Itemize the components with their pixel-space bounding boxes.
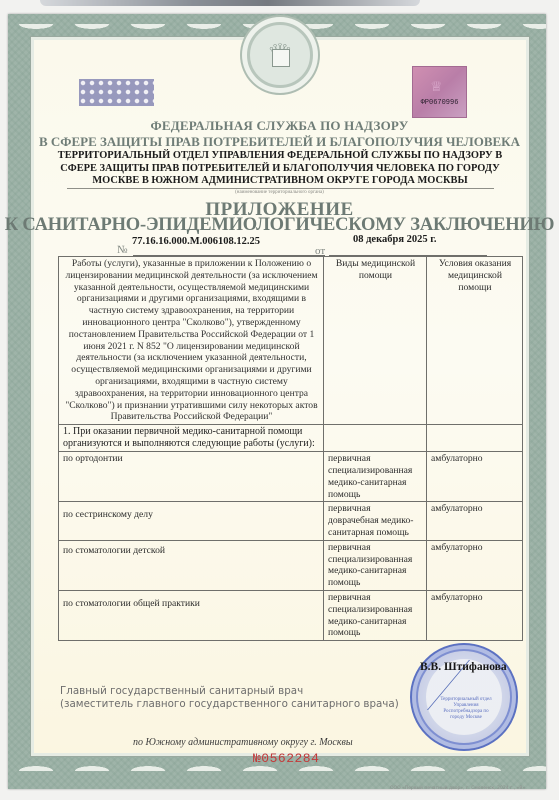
header-conditions: Условия оказания медицинской помощи [427,257,523,425]
care-type-cell: первичная доврачебная медико-санитарная … [324,502,427,540]
signatory-position: Главный государственный санитарный врач … [60,685,399,711]
agency-name-line1: ФЕДЕРАЛЬНАЯ СЛУЖБА ПО НАДЗОРУ [0,118,559,134]
scan-edge [40,0,420,6]
district-label: по Южному административному округу г. Мо… [133,737,353,748]
hologram-eagle-icon: ♕ [431,75,442,97]
conditions-cell: амбулаторно [427,590,523,640]
services-table: Работы (услуги), указанные в приложении … [58,256,523,641]
work-cell: по ортодонтии [59,452,324,502]
table-row: по ортодонтии первичная специализированн… [59,452,523,502]
care-type-cell: первичная специализированная медико-сани… [324,540,427,590]
document-subtitle: К САНИТАРНО-ЭПИДЕМИОЛОГИЧЕСКОМУ ЗАКЛЮЧЕН… [0,215,559,236]
form-serial-number: №0562284 [253,751,319,766]
printer-note: ООО «Первый печатный двор», г. Смоленск,… [390,786,525,791]
position-line2: (заместитель главного государственного с… [60,698,399,711]
section-row: 1. При оказании первичной медико-санитар… [59,425,523,452]
empty-cell [324,425,427,452]
security-sticker [79,79,154,106]
header-care-type: Виды медицинской помощи [324,257,427,425]
table-row: по сестринскому делу первичная доврачебн… [59,502,523,540]
table-row: по стоматологии детской первичная специа… [59,540,523,590]
hologram-sticker: ♕ ФР0670996 [412,66,467,118]
territorial-body-name: ТЕРРИТОРИАЛЬНЫЙ ОТДЕЛ УПРАВЛЕНИЯ ФЕДЕРАЛ… [55,150,505,188]
work-cell: по стоматологии общей практики [59,590,324,640]
signer-name: В.В. Штифанова [420,661,507,673]
care-type-cell: первичная специализированная медико-сани… [324,590,427,640]
care-type-cell: первичная специализированная медико-сани… [324,452,427,502]
number-label: № [117,244,128,256]
table-row: по стоматологии общей практики первичная… [59,590,523,640]
header-works: Работы (услуги), указанные в приложении … [59,257,324,425]
agency-name-line2: В СФЕРЕ ЗАЩИТЫ ПРАВ ПОТРЕБИТЕЛЕЙ И БЛАГО… [0,134,559,150]
document-number: 77.16.16.000.М.006108.12.25 [132,236,260,247]
divider [67,188,494,189]
conditions-cell: амбулаторно [427,502,523,540]
conditions-cell: амбулаторно [427,452,523,502]
emblem-icon: ♕ [247,22,313,88]
territorial-body-caption: (наименование территориального органа) [0,190,559,195]
medical-cross-icon [272,49,290,67]
work-cell: по сестринскому делу [59,502,324,540]
work-cell: по стоматологии детской [59,540,324,590]
table-header-row: Работы (услуги), указанные в приложении … [59,257,523,425]
conditions-cell: амбулаторно [427,540,523,590]
document-date: 08 декабря 2025 г. [353,234,436,245]
document-number-row: № 77.16.16.000.М.006108.12.25 от 08 дека… [117,236,497,256]
section-title: 1. При оказании первичной медико-санитар… [59,425,324,452]
position-line1: Главный государственный санитарный врач [60,685,399,698]
hologram-serial: ФР0670996 [421,99,459,107]
empty-cell [427,425,523,452]
